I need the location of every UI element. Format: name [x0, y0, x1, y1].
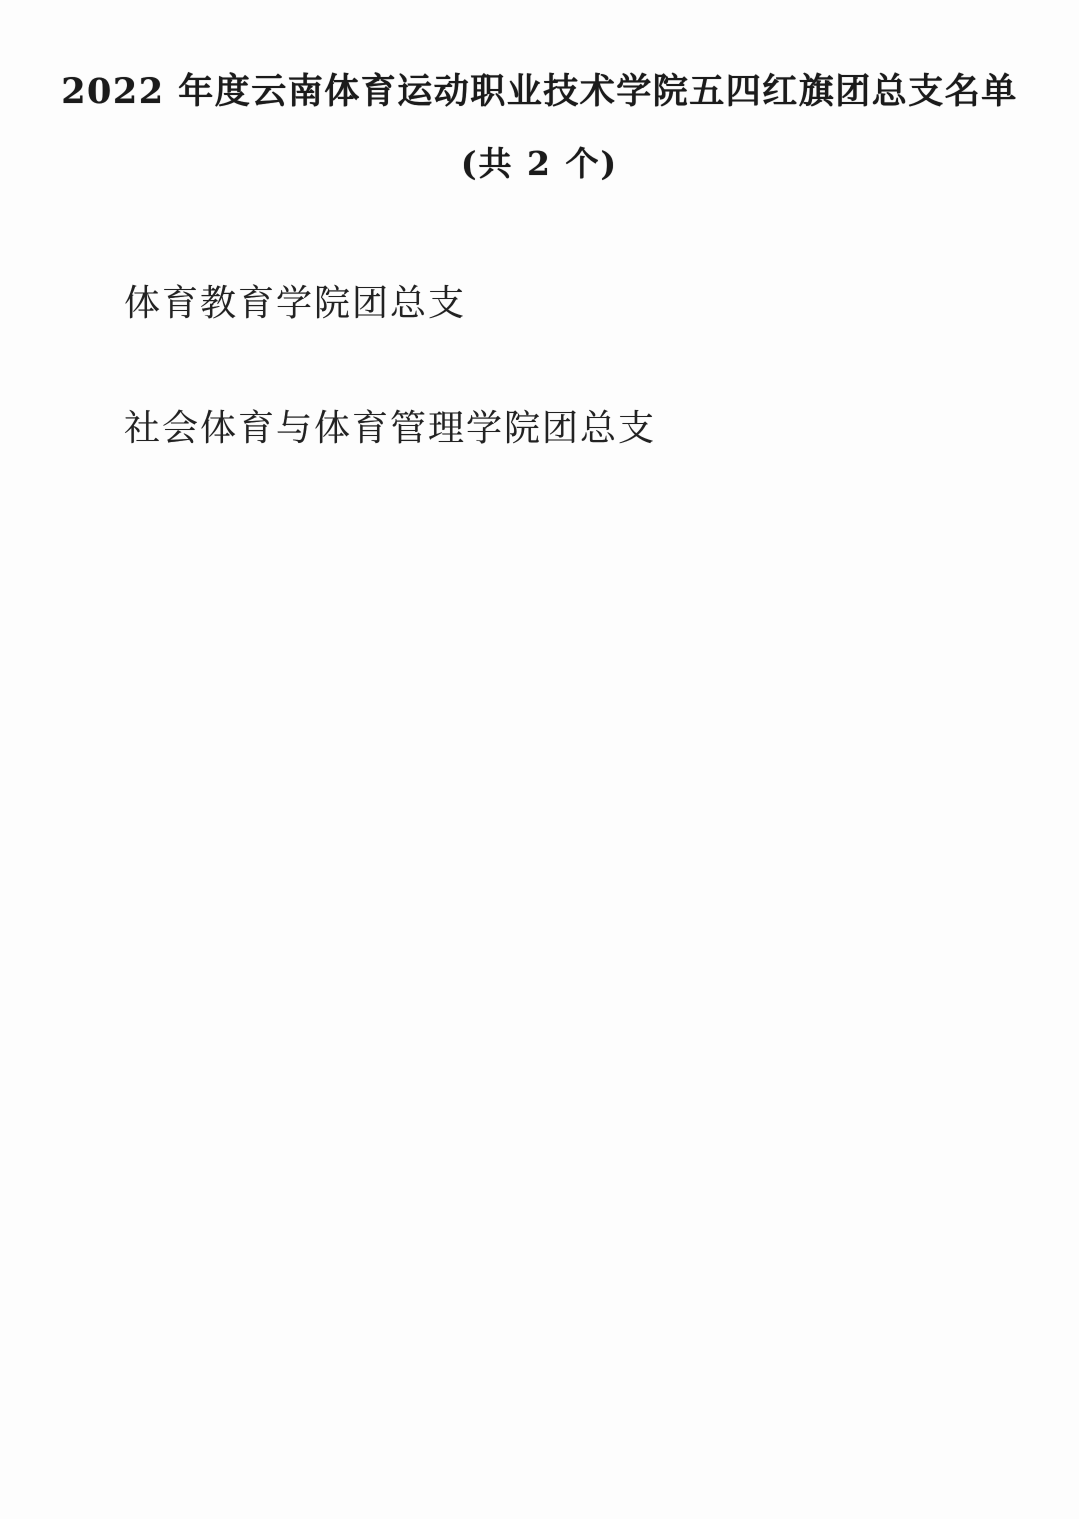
document-subtitle: (共 2 个) [0, 138, 1079, 185]
org-list: 体育教育学院团总支 社会体育与体育管理学院团总支 [124, 286, 1019, 447]
list-item: 体育教育学院团总支 [124, 286, 1019, 322]
list-item: 社会体育与体育管理学院团总支 [124, 411, 1019, 447]
document-title: 2022 年度云南体育运动职业技术学院五四红旗团总支名单 [0, 64, 1079, 114]
document-page: 2022 年度云南体育运动职业技术学院五四红旗团总支名单 (共 2 个) 体育教… [0, 0, 1079, 1519]
